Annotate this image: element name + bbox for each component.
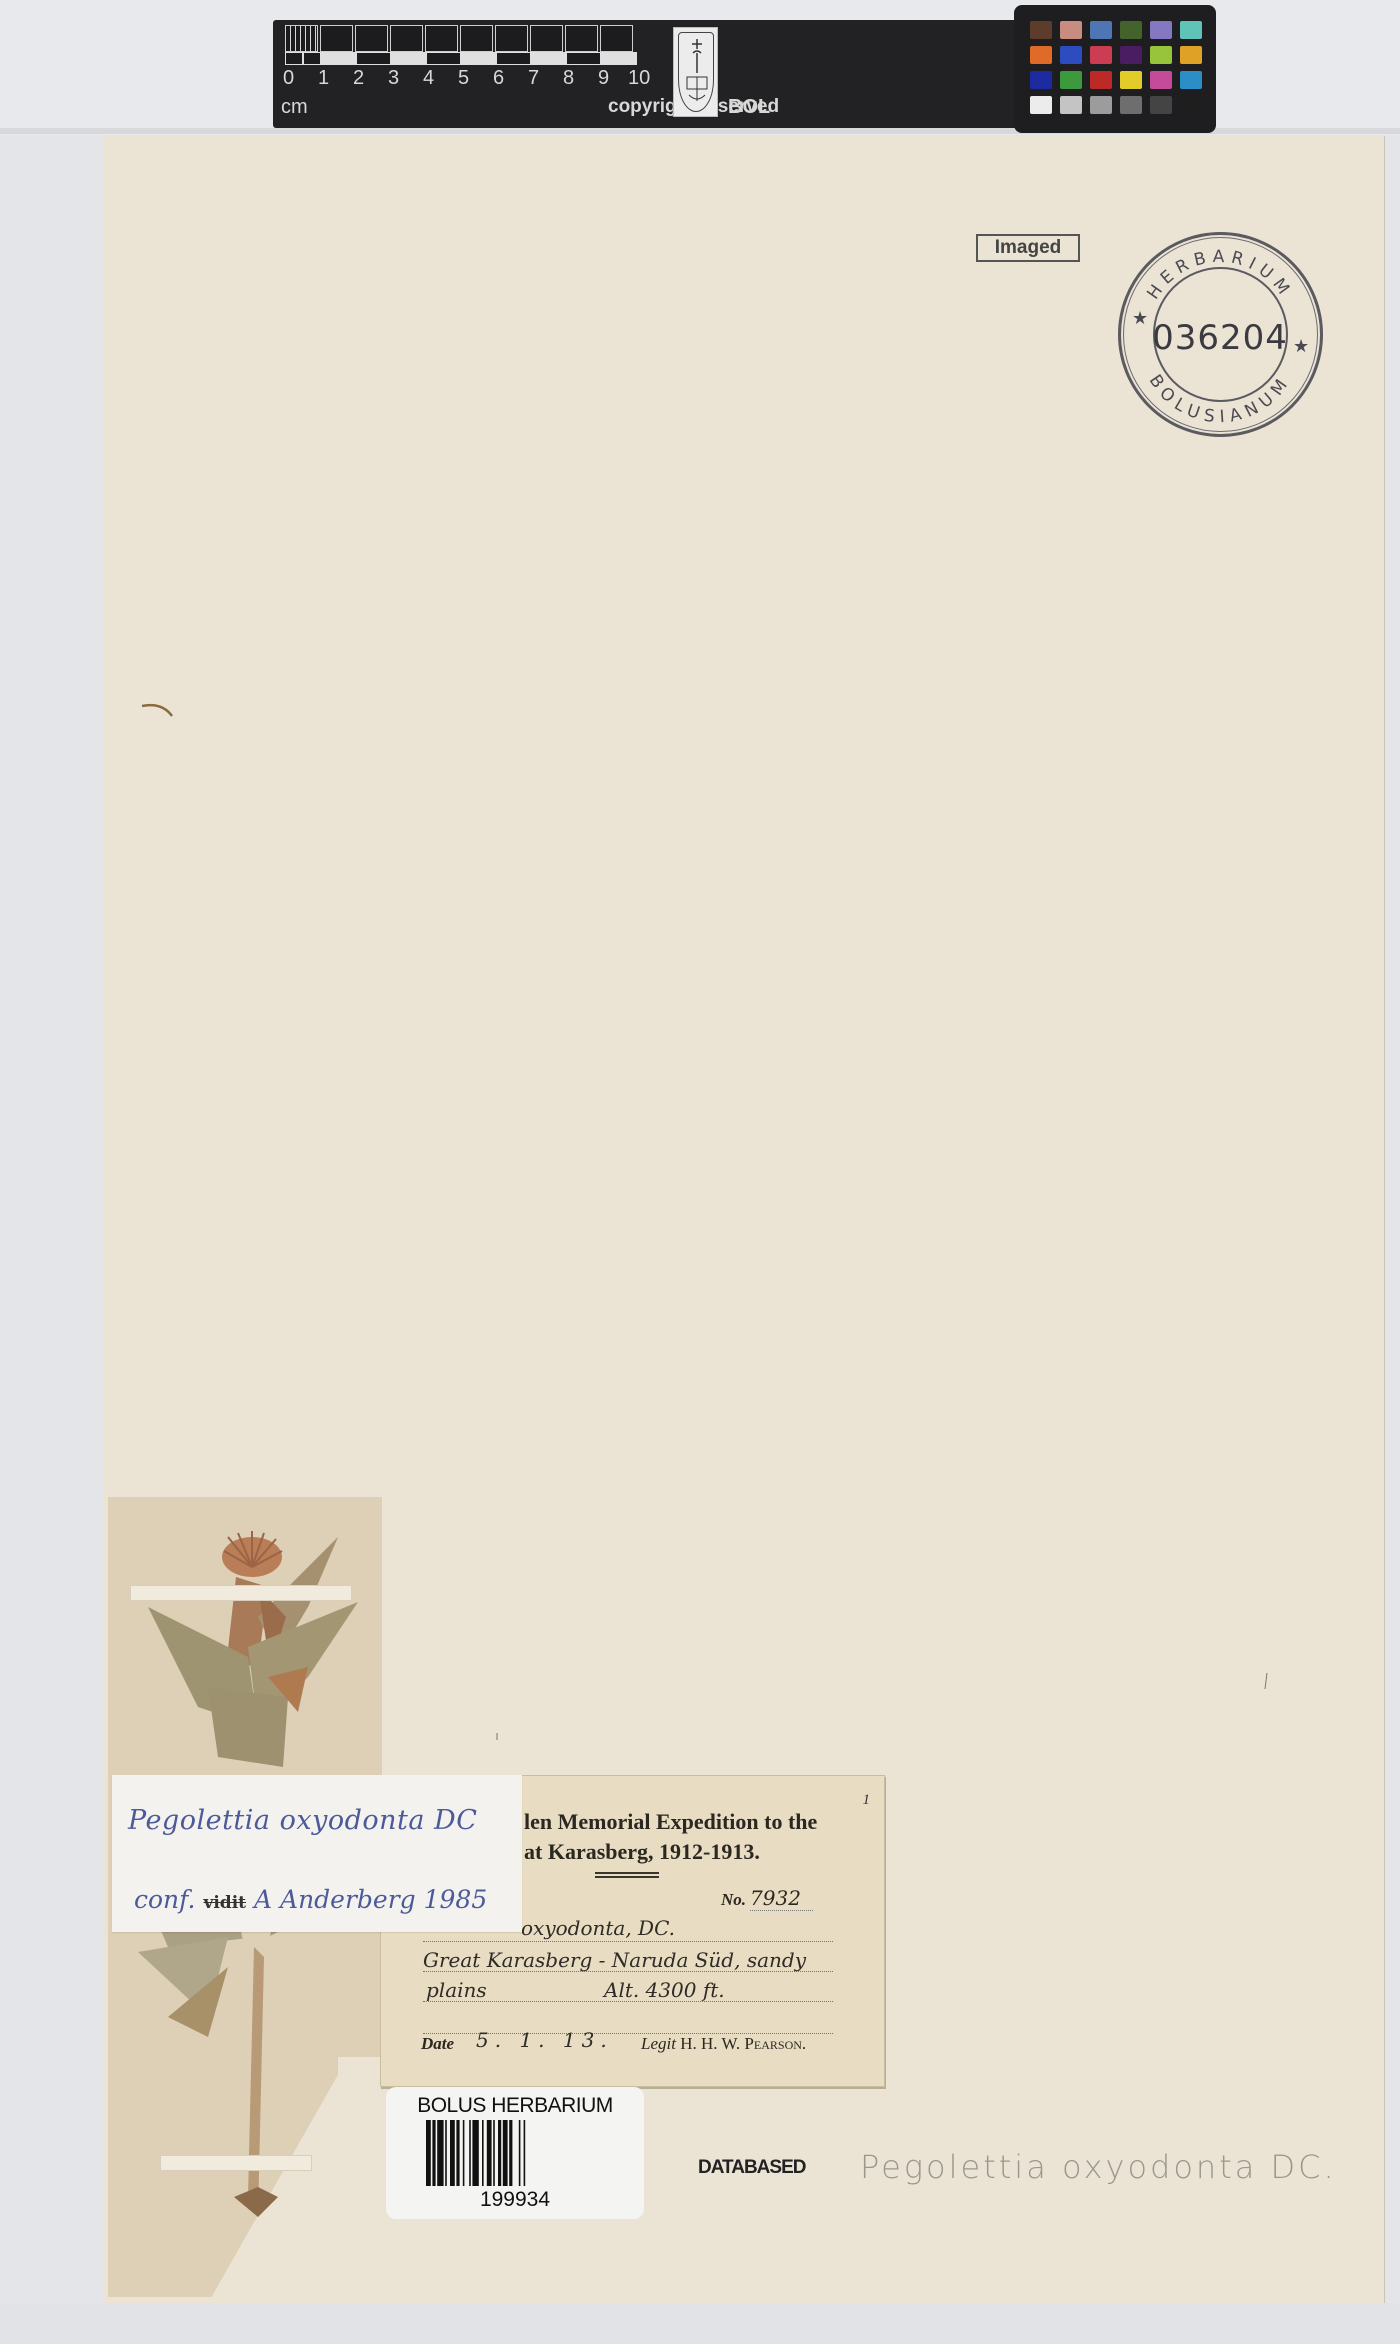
color-chip: [1180, 46, 1202, 64]
habitat-line: plains: [426, 1978, 487, 2002]
scale-bar-blocks: [285, 25, 633, 52]
color-chip: [1060, 21, 1082, 39]
tick-0: 0: [283, 67, 294, 90]
tick-8: 8: [563, 67, 574, 90]
color-chip: [1120, 96, 1142, 114]
scale-bar: 0 1 2 3 4 5 6 7 8 9 10 cm copyright rese…: [273, 20, 1025, 128]
svg-text:★: ★: [1132, 308, 1148, 329]
color-chip: [1120, 21, 1142, 39]
color-chip: [1150, 71, 1172, 89]
tick-2: 2: [353, 67, 364, 90]
label-corner-mark: 1: [863, 1792, 871, 1809]
altitude: Alt. 4300 ft.: [604, 1978, 725, 2002]
tick-6: 6: [493, 67, 504, 90]
legit-label: Legit: [641, 2034, 676, 2053]
determiner-name: A Anderberg 1985: [254, 1885, 487, 1914]
number-label: No.: [721, 1890, 746, 1909]
species-line: oxyodonta, DC.: [521, 1916, 675, 1940]
pencil-tick-mark: [1262, 1672, 1270, 1692]
tick-7: 7: [528, 67, 539, 90]
color-chip: [1090, 46, 1112, 64]
color-chip: [1060, 46, 1082, 64]
tick-4: 4: [423, 67, 434, 90]
barcode-icon: [426, 2120, 606, 2186]
color-chip: [1180, 21, 1202, 39]
scale-unit: cm: [281, 96, 308, 119]
dust-mark: [494, 1732, 500, 1742]
barcode-title: BOLUS HERBARIUM: [386, 2094, 644, 2118]
scale-bar-numbers: 0 1 2 3 4 5 6 7 8 9 10: [281, 67, 651, 89]
determined-name: Pegolettia oxyodonta DC: [128, 1805, 477, 1836]
color-chip: [1120, 46, 1142, 64]
pencil-annotation: Pegolettia oxyodonta DC.: [860, 2148, 1337, 2186]
expedition-title-line1: len Memorial Expedition to the: [524, 1809, 817, 1835]
svg-text:★: ★: [1293, 336, 1309, 357]
tick-9: 9: [598, 67, 609, 90]
tick-10: 10: [628, 67, 650, 90]
conf-prefix: conf.: [134, 1885, 195, 1914]
date-value: 5. 1. 13.: [476, 2028, 613, 2052]
mounting-strap-top: [130, 1585, 352, 1601]
color-chip: [1150, 96, 1172, 114]
expedition-title-line2: at Karasberg, 1912-1913.: [524, 1839, 760, 1865]
tick-1: 1: [318, 67, 329, 90]
scanner-bed-bottom: [0, 2303, 1400, 2344]
svg-text:HERBARIUM: HERBARIUM: [1143, 247, 1296, 303]
color-chip: [1180, 71, 1202, 89]
color-checker-card: [1014, 5, 1216, 133]
color-chip: [1060, 71, 1082, 89]
color-chip: [1120, 71, 1142, 89]
collector-name: H. H. W. Pearson.: [680, 2034, 806, 2053]
number-value: 7932: [750, 1886, 813, 1911]
color-chip: [1030, 46, 1052, 64]
color-chip: [1030, 96, 1052, 114]
databased-stamp: DATABASED: [698, 2157, 805, 2179]
color-chip: [1090, 96, 1112, 114]
herbarium-accession-stamp: HERBARIUM BOLUSIANUM ★ ★ HERBARIUM BOLUS…: [1118, 232, 1323, 437]
struck-vidit: vidit: [203, 1893, 246, 1913]
color-chip: [1030, 71, 1052, 89]
scale-bar-alternating: [285, 52, 637, 65]
tick-5: 5: [458, 67, 469, 90]
determiner-line: conf.viditA Anderberg 1985: [134, 1885, 487, 1914]
barcode-label: BOLUS HERBARIUM 199934: [386, 2087, 644, 2219]
barcode-number: 199934: [386, 2188, 644, 2212]
locality-line: Great Karasberg - Naruda Süd, sandy: [423, 1948, 806, 1972]
color-chip: [1060, 96, 1082, 114]
accession-number: 036204: [1150, 318, 1290, 358]
color-chip: [1150, 21, 1172, 39]
mounting-strap-bottom: [160, 2155, 312, 2171]
university-crest-icon: [673, 27, 718, 117]
anchor-book-icon: [679, 33, 715, 113]
tick-3: 3: [388, 67, 399, 90]
imaged-stamp: Imaged: [976, 234, 1080, 262]
flower-head: [222, 1531, 282, 1577]
stain-mark: [140, 700, 176, 720]
svg-text:BOLUSIANUM: BOLUSIANUM: [1145, 371, 1296, 427]
double-rule: [595, 1872, 659, 1878]
collection-number: No.7932: [721, 1886, 813, 1910]
color-chip: [1150, 46, 1172, 64]
determination-slip: Pegolettia oxyodonta DC conf.viditA Ande…: [112, 1775, 522, 1932]
color-chip: [1180, 96, 1202, 114]
color-chip: [1090, 21, 1112, 39]
date-label: Date: [421, 2034, 454, 2054]
institution-code: BOL: [728, 96, 770, 119]
collector: Legit H. H. W. Pearson.: [641, 2034, 806, 2054]
color-chip: [1030, 21, 1052, 39]
color-chip: [1090, 71, 1112, 89]
